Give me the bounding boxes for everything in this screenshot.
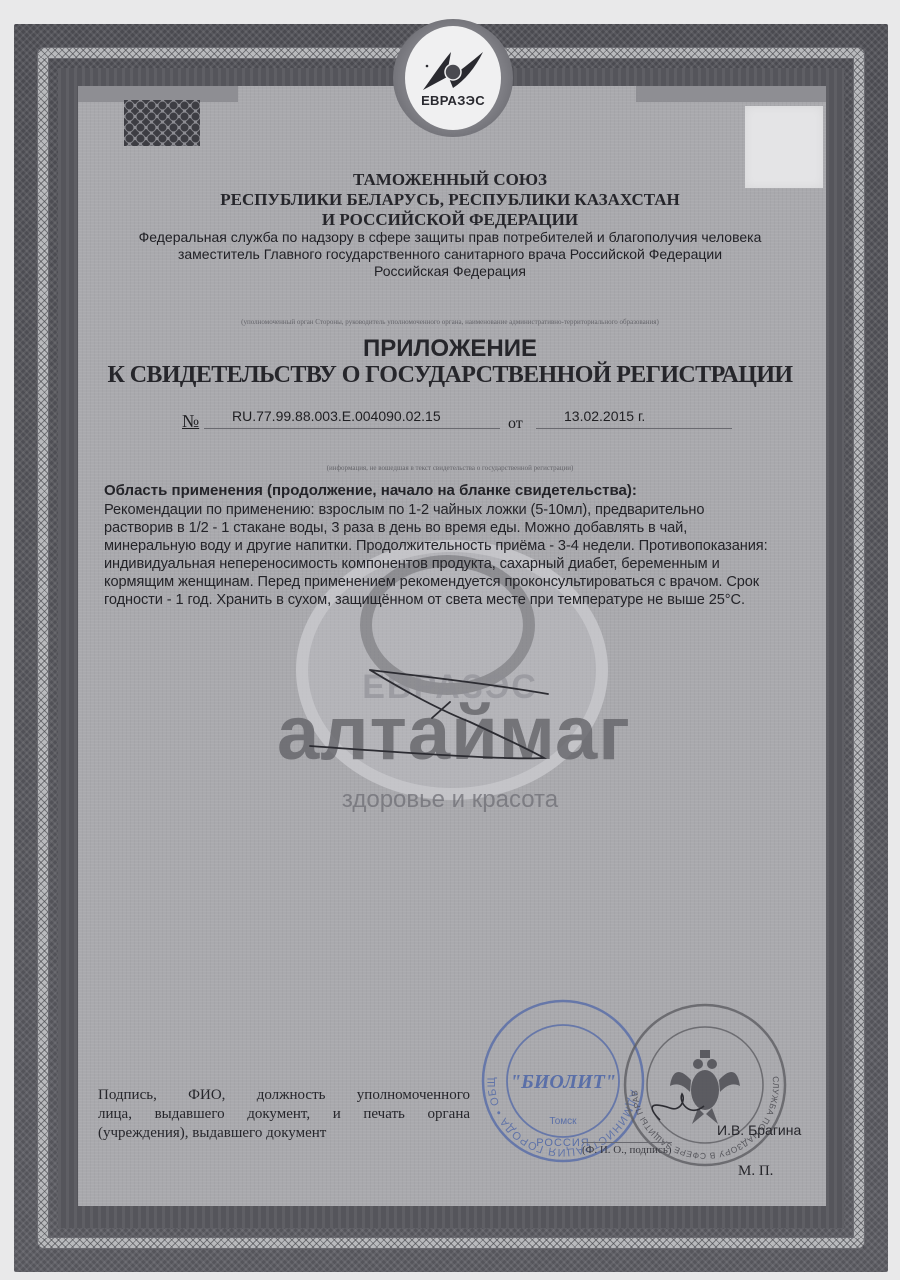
authority-caption: (уполномоченный орган Стороны, руководит… [0,318,900,326]
seal-place-label: М. П. [738,1163,773,1180]
decorative-strip [636,86,826,102]
from-label: от [508,415,523,433]
registration-line: № RU.77.99.88.003.E.004090.02.15 от 13.0… [0,405,900,435]
agency-line: Федеральная служба по надзору в сфере за… [0,229,900,246]
svg-text:Томск: Томск [549,1116,577,1127]
annex-subtitle: К СВИДЕТЕЛЬСТВУ О ГОСУДАРСТВЕННОЙ РЕГИСТ… [0,362,900,389]
registration-number: RU.77.99.88.003.E.004090.02.15 [204,407,500,429]
signature-icon [300,650,620,770]
watermark-tagline: здоровье и красота [220,786,680,814]
customs-union-heading: ТАМОЖЕННЫЙ СОЮЗ [0,170,900,190]
customs-union-heading: И РОССИЙСКОЙ ФЕДЕРАЦИИ [0,210,900,230]
info-caption: (информация, не вошедшая в текст свидете… [0,464,900,472]
scope-line: Рекомендации по применению: взрослым по … [104,501,900,519]
agency-line: Российская Федерация [0,263,900,280]
coat-of-arms-icon [670,1050,740,1124]
eurasec-emblem: ЕВРАЗЭС [392,18,514,138]
fio-caption: (Ф. И. О., подпись) [582,1142,672,1156]
scope-line: годности - 1 год. Хранить в сухом, защищ… [104,591,900,609]
scope-line: растворив в 1/2 - 1 стакане воды, 3 раза… [104,519,900,537]
annex-title: ПРИЛОЖЕНИЕ [0,335,900,363]
signature-caption: Подпись, ФИО, должность уполномоченного … [98,1086,470,1143]
signer-name: И.В. Брагина [717,1122,801,1138]
scope-line: кормящим женщинам. Перед применением рек… [104,573,900,591]
customs-union-heading: РЕСПУБЛИКИ БЕЛАРУСЬ, РЕСПУБЛИКИ КАЗАХСТА… [0,190,900,210]
svg-text:"БИОЛИТ": "БИОЛИТ" [510,1071,616,1093]
guilloche-patch [124,100,200,146]
eurasec-emblem-icon [419,46,487,94]
scope-line: минеральную воду и другие напитки. Продо… [104,537,900,555]
scope-body: Рекомендации по применению: взрослым по … [104,501,900,609]
agency-line: заместитель Главного государственного са… [0,246,900,263]
registration-date: 13.02.2015 г. [536,407,732,429]
scope-line: индивидуальная непереносимость компонент… [104,555,900,573]
number-label: № [182,411,199,432]
scope-title: Область применения (продолжение, начало … [104,482,637,499]
emblem-label: ЕВРАЗЭС [421,93,485,108]
